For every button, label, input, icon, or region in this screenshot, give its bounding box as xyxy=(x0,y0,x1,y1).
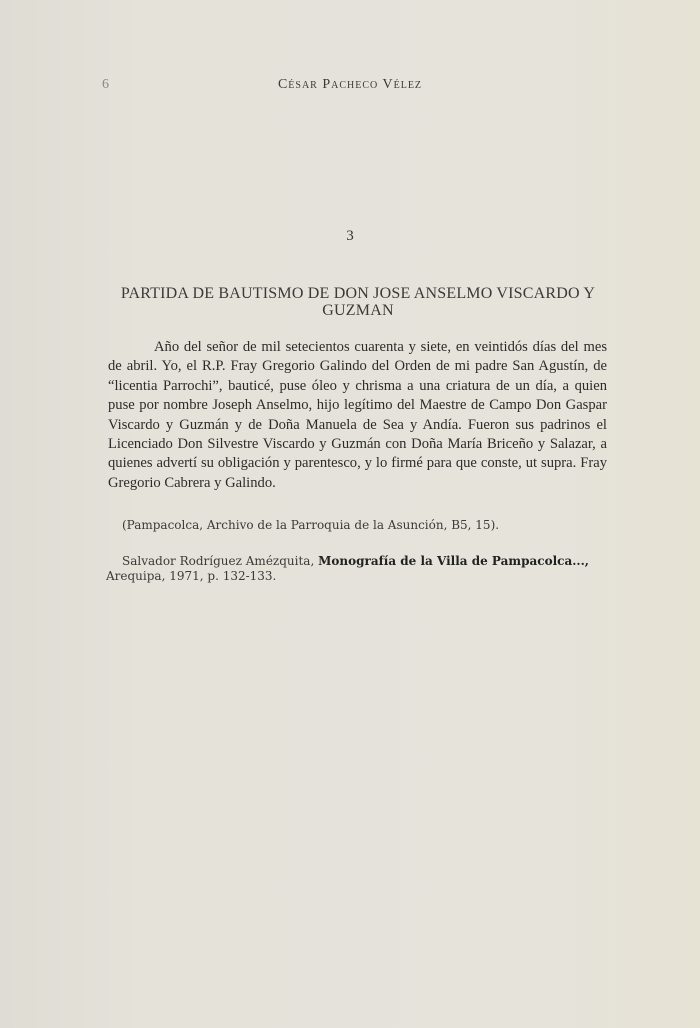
citation-publication: Arequipa, 1971, p. 132-133. xyxy=(106,569,616,584)
section-title: PARTIDA DE BAUTISMO DE DON JOSE ANSELMO … xyxy=(108,285,608,319)
source-note: (Pampacolca, Archivo de la Parroquia de … xyxy=(122,518,499,532)
body-text: Año del señor de mil setecientos cuarent… xyxy=(108,338,607,493)
document-page: 6 César Pacheco Vélez 3 PARTIDA DE BAUTI… xyxy=(0,0,700,1028)
baptism-record-paragraph: Año del señor de mil setecientos cuarent… xyxy=(108,338,607,493)
citation: Salvador Rodríguez Amézquita, Monografía… xyxy=(106,554,616,584)
running-head: César Pacheco Vélez xyxy=(0,77,700,93)
citation-work-title: Monografía de la Villa de Pampacolca..., xyxy=(318,554,589,568)
citation-author: Salvador Rodríguez Amézquita, xyxy=(122,554,314,568)
section-number: 3 xyxy=(0,228,700,245)
